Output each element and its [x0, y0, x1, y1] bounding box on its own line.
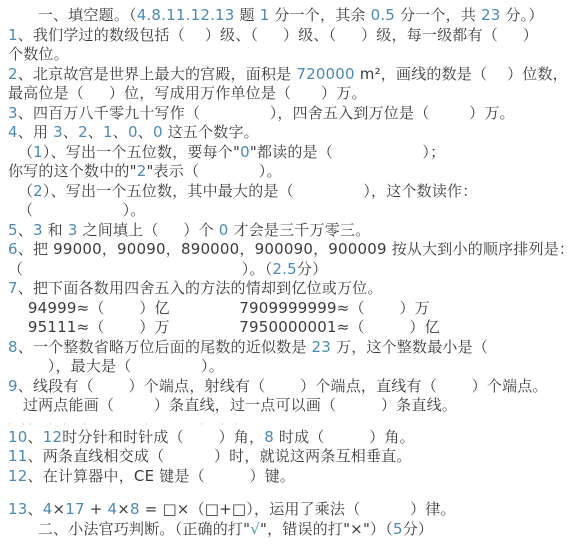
- q7-line2: 94999≈（ ）亿 7909999999≈（ ）万: [8, 299, 581, 319]
- q4-sub2-line1: （2）、写出一个五位数，其中最大的是（ ），这个数读作：: [8, 182, 581, 202]
- number-run: 1: [8, 26, 18, 44]
- number-run: 0: [128, 123, 138, 141]
- text-run: 、: [138, 123, 153, 141]
- text-run: （ ）。（: [8, 260, 272, 278]
- text-run: 分一个，其余: [269, 6, 370, 24]
- q2-line2: 最高位是（ ）位，写成用万作单位是（ ）万。: [8, 84, 581, 104]
- number-run: 12: [8, 467, 28, 485]
- q1-line2: 个数位。: [8, 45, 581, 65]
- number-run: 17: [65, 500, 85, 518]
- number-run: 0: [153, 123, 163, 141]
- text-run: 、四百万八千零九十写作（ ），四舍五入到万位是（ ）万。: [18, 104, 515, 122]
- number-run: 0.5: [371, 6, 395, 24]
- blank-gap: [8, 486, 581, 500]
- number-run: 1: [260, 6, 270, 24]
- q9-line2: 过两点能画（ ）条直线，过一点可以画（ ）条直线。: [8, 396, 581, 416]
- q4-sub2-line2: （ ）。: [8, 201, 581, 221]
- q12-line: 12、在计算器中，CE 键是（ ）键。: [8, 467, 581, 487]
- worksheet-body: 一、填空题。（4.8.11.12.13 题 1 分一个，其余 0.5 分一个，共…: [8, 6, 581, 539]
- number-run: 0: [219, 221, 229, 239]
- text-run: 、两条直线相交成（ ）时，就说这两条互相垂直。: [28, 447, 412, 465]
- number-run: 4.8.11.12.13: [137, 6, 235, 24]
- text-run: 分）: [297, 260, 327, 278]
- text-run: 、我们学过的数级包括（ ）级、（ ）级、（ ）级，每一级都有（ ）: [18, 26, 538, 44]
- text-run: 过两点能画（ ）条直线，过一点可以画（ ）条直线。: [8, 396, 457, 414]
- text-run: 个数位。: [8, 45, 69, 63]
- number-run: 5: [393, 520, 403, 538]
- q6-line1: 6、把 99000，90090，890000，900090，900009 按从大…: [8, 240, 581, 260]
- number-run: 2: [33, 182, 43, 200]
- q4-line: 4、用 3、2、1、0、0 这五个数字。: [8, 123, 581, 143]
- q11-line: 11、两条直线相交成（ ）时，就说这两条互相垂直。: [8, 447, 581, 467]
- text-run: 最高位是（ ）位，写成用万作单位是（ ）万。: [8, 84, 367, 102]
- number-run: 9: [8, 377, 18, 395]
- text-run: 和: [43, 221, 68, 239]
- text-run: 、: [28, 500, 43, 518]
- section2-title: 二、小法官巧判断。（正确的打"√"，错误的打"×"）（5分）: [8, 520, 581, 540]
- number-run: 7: [8, 279, 18, 297]
- q7-line1: 7、把下面各数用四舍五入的方法的情却到亿位或万位。: [8, 279, 581, 299]
- text-run: 、把 99000，90090，890000，900090，900009 按从大到…: [18, 240, 574, 258]
- text-run: 、: [63, 123, 78, 141]
- number-run: 2: [8, 65, 18, 83]
- text-run: （ ）。: [8, 201, 145, 219]
- number-run: 3: [53, 123, 63, 141]
- q3-line: 3、四百万八千零九十写作（ ），四舍五入到万位是（ ）万。: [8, 104, 581, 124]
- cropped-text-artifact: · ·· · · · · · · ·: [8, 416, 581, 428]
- text-run: 、把下面各数用四舍五入的方法的情却到亿位或万位。: [18, 279, 383, 297]
- number-run: 8: [130, 500, 140, 518]
- number-run: 10: [8, 428, 28, 446]
- text-run: 分。）: [500, 6, 543, 24]
- q2-line1: 2、北京故宫是世界上最大的宫殿，面积是 720000 m²，画线的数是（ ）位数…: [8, 65, 581, 85]
- number-run: 3: [8, 104, 18, 122]
- text-run: 一、填空题。（: [8, 6, 137, 24]
- number-run: 4: [8, 123, 18, 141]
- text-run: 、: [113, 123, 128, 141]
- text-run: 你写的这个数中的": [8, 162, 137, 180]
- number-run: 0: [240, 143, 250, 161]
- number-run: 8: [264, 428, 274, 446]
- text-run: 、一个整数省略万位后面的尾数的近似数是: [18, 338, 312, 356]
- q13-line: 13、4×17 + 4×8 = □×（□+□），运用了乘法（ ）律。: [8, 500, 581, 520]
- text-run: ）、写出一个五位数，要每个": [43, 143, 240, 161]
- number-run: 5: [8, 221, 18, 239]
- number-run: 720000: [296, 65, 354, 83]
- text-run: 、在计算器中，CE 键是（ ）键。: [28, 467, 296, 485]
- text-run: "表示（ ）。: [146, 162, 281, 180]
- text-run: 、: [88, 123, 103, 141]
- number-run: 2: [137, 162, 147, 180]
- text-run: 这五个数字。: [163, 123, 259, 141]
- q8-line1: 8、一个整数省略万位后面的尾数的近似数是 23 万，这个整数最小是（: [8, 338, 581, 358]
- number-run: 12: [43, 428, 63, 446]
- checkmark-glyph: √: [250, 520, 260, 538]
- text-run: 之间填上（ ）个: [78, 221, 219, 239]
- text-run: ×: [52, 500, 65, 518]
- number-run: 4: [43, 500, 53, 518]
- text-run: 、用: [18, 123, 53, 141]
- number-run: 23: [312, 338, 332, 356]
- text-run: 题: [235, 6, 260, 24]
- q9-line1: 9、线段有（ ）个端点，射线有（ ）个端点，直线有（ ）个端点。: [8, 377, 581, 397]
- text-run: ×: [117, 500, 130, 518]
- text-run: 95111≈（ ）万 7950000001≈（ ）亿: [8, 318, 440, 336]
- text-run: 、: [28, 428, 43, 446]
- text-run: "，错误的打"×"）（: [260, 520, 393, 538]
- number-run: 3: [33, 221, 43, 239]
- number-run: 3: [68, 221, 78, 239]
- number-run: 4: [107, 500, 117, 518]
- number-run: 2.5: [272, 260, 296, 278]
- text-run: 分一个，共: [395, 6, 481, 24]
- number-run: 11: [8, 447, 28, 465]
- q7-line3: 95111≈（ ）万 7950000001≈（ ）亿: [8, 318, 581, 338]
- section1-title: 一、填空题。（4.8.11.12.13 题 1 分一个，其余 0.5 分一个，共…: [8, 6, 581, 26]
- q4-sub1-line1: （1）、写出一个五位数，要每个"0"都读的是（ ）；: [8, 143, 581, 163]
- number-run: 23: [481, 6, 501, 24]
- q5-line: 5、3 和 3 之间填上（ ）个 0 才会是三千万零三。: [8, 221, 581, 241]
- text-run: m²，画线的数是（ ）位数，: [355, 65, 568, 83]
- number-run: 1: [103, 123, 113, 141]
- text-run: （: [8, 143, 33, 161]
- faded-artifact-run: · ·· · · · · · · ·: [8, 420, 241, 428]
- text-run: 、: [18, 221, 33, 239]
- text-run: ）、写出一个五位数，其中最大的是（ ），这个数读作：: [43, 182, 478, 200]
- q6-line2: （ ）。（2.5分）: [8, 260, 581, 280]
- number-run: 8: [8, 338, 18, 356]
- text-run: 二、小法官巧判断。（正确的打": [8, 520, 250, 538]
- q4-sub1-line2: 你写的这个数中的"2"表示（ ）。: [8, 162, 581, 182]
- q1-line1: 1、我们学过的数级包括（ ）级、（ ）级、（ ）级，每一级都有（ ）: [8, 26, 581, 46]
- text-run: = □×（□+□），运用了乘法（ ）律。: [140, 500, 456, 518]
- text-run: 才会是三千万零三。: [229, 221, 371, 239]
- text-run: "都读的是（ ）；: [250, 143, 445, 161]
- text-run: （: [8, 182, 33, 200]
- text-run: 时成（ ）角。: [274, 428, 415, 446]
- number-run: 1: [33, 143, 43, 161]
- text-run: 94999≈（ ）亿 7909999999≈（ ）万: [8, 299, 430, 317]
- text-run: 万，这个整数最小是（: [331, 338, 488, 356]
- number-run: 6: [8, 240, 18, 258]
- text-run: 、北京故宫是世界上最大的宫殿，面积是: [18, 65, 297, 83]
- text-run: ），最大是（ ）。: [8, 357, 224, 375]
- q8-line2: ），最大是（ ）。: [8, 357, 581, 377]
- number-run: 2: [78, 123, 88, 141]
- worksheet-page: 一、填空题。（4.8.11.12.13 题 1 分一个，其余 0.5 分一个，共…: [0, 0, 587, 560]
- q10-line: 10、12时分针和时针成（ ）角，8 时成（ ）角。: [8, 428, 581, 448]
- text-run: 分）: [403, 520, 433, 538]
- text-run: 、线段有（ ）个端点，射线有（ ）个端点，直线有（ ）个端点。: [18, 377, 548, 395]
- text-run: 时分针和时针成（ ）角，: [62, 428, 264, 446]
- number-run: 13: [8, 500, 28, 518]
- text-run: +: [85, 500, 108, 518]
